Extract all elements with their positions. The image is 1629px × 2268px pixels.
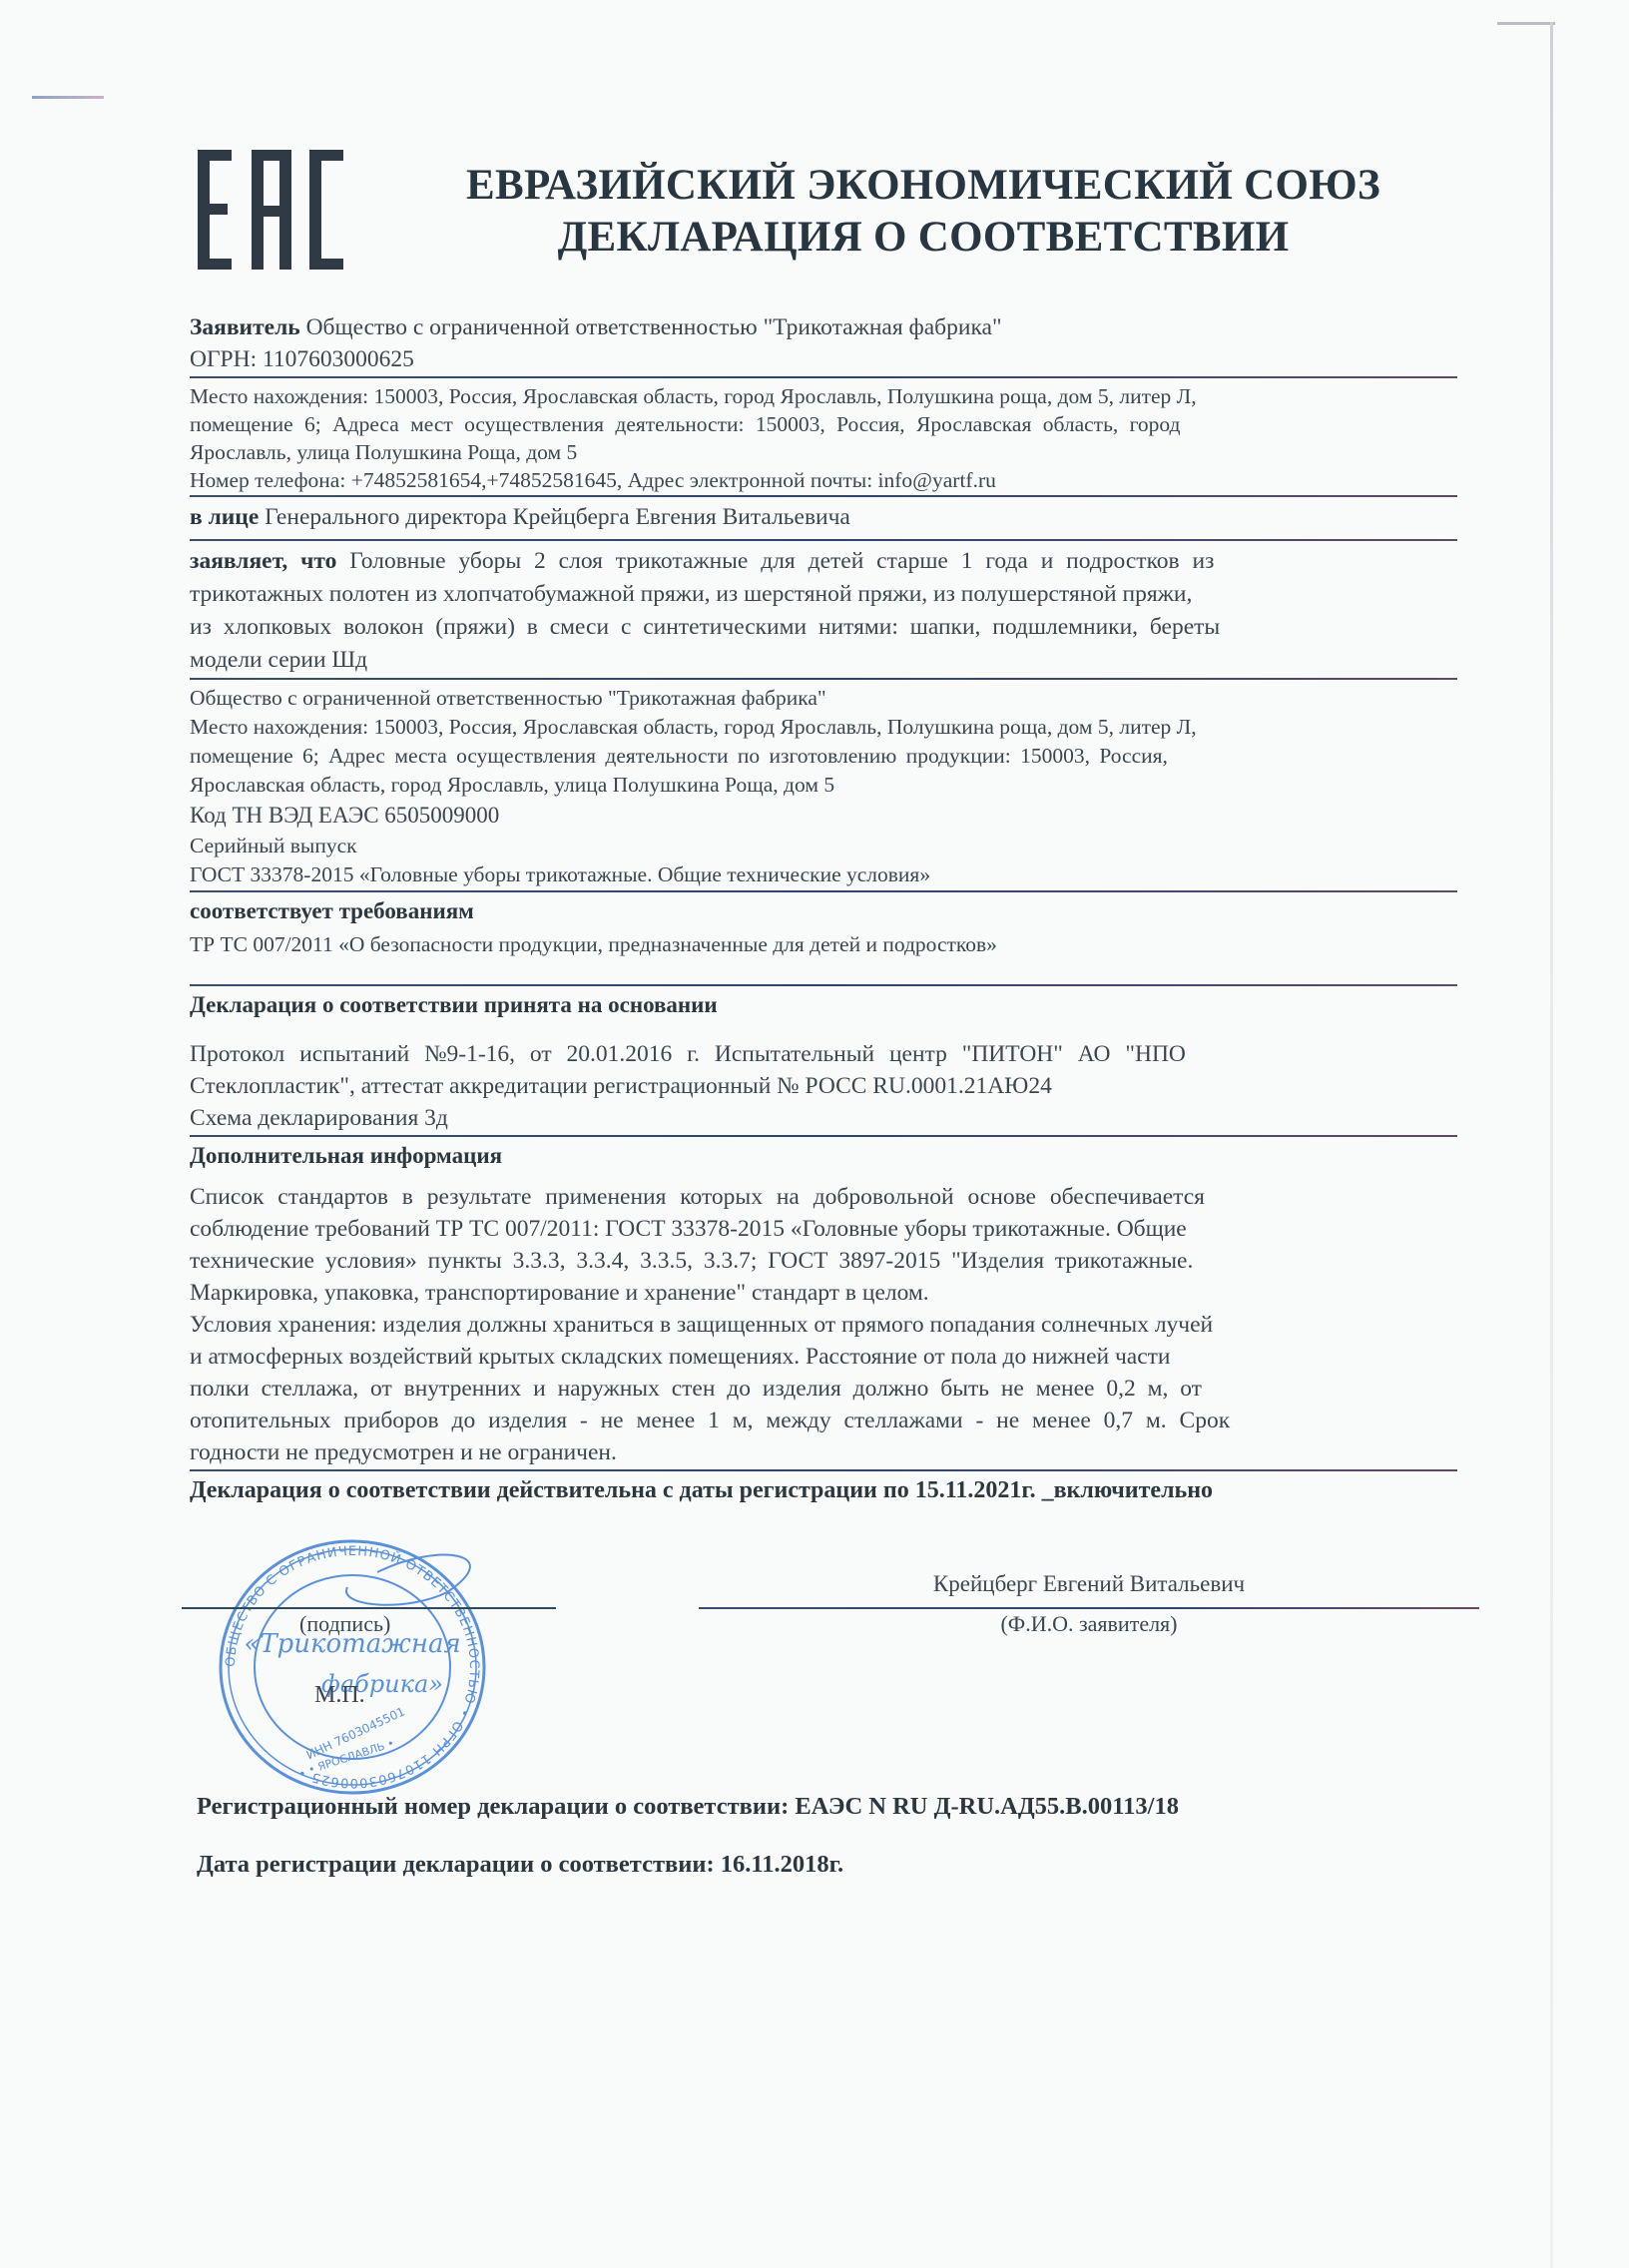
standards-line: технические условия» пункты 3.3.3, 3.3.4… [190,1245,1457,1277]
page-edge-top [1497,22,1555,25]
registration-number: Регистрационный номер декларации о соотв… [197,1793,1179,1821]
divider [190,1135,1457,1137]
applicant-label: Заявитель [190,314,300,340]
address-line: Ярославль, улица Полушкина Роща, дом 5 [190,438,1457,466]
standards-line: Маркировка, упаковка, транспортирование … [190,1277,1457,1309]
representative-text: Генерального директора Крейцберга Евгени… [265,504,850,530]
divider [190,984,1457,986]
signer-name-line [699,1607,1479,1609]
address-line: Место нахождения: 150003, Россия, Яросла… [190,382,1457,410]
production-type: Серийный выпуск [190,832,1457,860]
compliance-section: соответствует требованиям ТР ТС 007/2011… [190,896,1457,962]
page-edge [1550,22,1553,2268]
manufacturer-address-line: Ярославская область, город Ярославль, ул… [190,771,1457,800]
additional-heading: Дополнительная информация [190,1141,1457,1171]
title-declaration: ДЕКЛАРАЦИЯ О СООТВЕТСТВИИ [399,212,1447,264]
storage-line: Условия хранения: изделия должны хранить… [190,1309,1457,1341]
manufacturer-section: Общество с ограниченной ответственностью… [190,684,1457,889]
tn-ved-code: Код ТН ВЭД ЕАЭС 6505009000 [190,800,1457,832]
storage-line: отопительных приборов до изделия - не ме… [190,1405,1457,1436]
signer-name: Крейцберг Евгений Витальевич [699,1571,1479,1597]
scan-artifact-mark [32,96,104,99]
declaration-body: Заявитель Общество с ограниченной ответс… [190,311,1457,1505]
address-line: помещение 6; Адреса мест осуществления д… [190,410,1457,438]
applicant-contacts: Номер телефона: +74852581654,+7485258164… [190,466,1457,494]
standards-line: соблюдение требований ТР ТС 007/2011: ГО… [190,1213,1457,1245]
basis-section: Декларация о соответствии принята на осн… [190,990,1457,1134]
applicant-ogrn: ОГРН: 1107603000625 [190,343,1457,375]
product-line: Головные уборы 2 слоя трикотажные для де… [349,548,1214,574]
manufacturer-address-line: Место нахождения: 150003, Россия, Яросла… [190,713,1457,742]
standards-line: Список стандартов в результате применени… [190,1181,1457,1213]
product-line: трикотажных полотен из хлопчатобумажной … [190,578,1457,611]
eac-logo-icon [198,150,343,270]
representative-section: в лице Генерального директора Крейцберга… [190,501,1457,533]
storage-line: годности не предусмотрен и не ограничен. [190,1436,1457,1468]
product-line: из хлопковых волокон (пряжи) в смеси с с… [190,611,1457,644]
compliance-regulation: ТР ТС 007/2011 «О безопасности продукции… [190,926,1457,962]
manufacturer-address-line: помещение 6; Адрес места осуществления д… [190,742,1457,771]
applicant-address: Место нахождения: 150003, Россия, Яросла… [190,382,1457,494]
applicant-name: Общество с ограниченной ответственностью… [306,314,1002,340]
declares-section: заявляет, что Головные уборы 2 слоя трик… [190,545,1457,677]
divider [190,1469,1457,1471]
registration-date: Дата регистрации декларации о соответств… [197,1851,843,1879]
signature-line [182,1607,556,1609]
seal-place-label: М.П. [314,1682,365,1709]
representative-label: в лице [190,504,259,530]
signature-caption: (подпись) [299,1611,390,1637]
declares-label: заявляет, что [190,548,336,574]
compliance-heading: соответствует требованиям [190,896,1457,926]
storage-line: и атмосферных воздействий крытых складск… [190,1341,1457,1373]
divider [190,539,1457,541]
divider [190,890,1457,892]
validity-statement: Декларация о соответствии действительна … [190,1475,1457,1505]
divider [190,376,1457,378]
title-union: ЕВРАЗИЙСКИЙ ЭКОНОМИЧЕСКИЙ СОЮЗ [399,160,1447,212]
applicant-section: Заявитель Общество с ограниченной ответс… [190,311,1457,375]
manufacturer-name: Общество с ограниченной ответственностью… [190,684,1457,713]
basis-line: Протокол испытаний №9-1-16, от 20.01.201… [190,1038,1457,1070]
signer-caption: (Ф.И.О. заявителя) [699,1611,1479,1637]
basis-heading: Декларация о соответствии принята на осн… [190,990,1457,1020]
document-title: ЕВРАЗИЙСКИЙ ЭКОНОМИЧЕСКИЙ СОЮЗ ДЕКЛАРАЦИ… [399,160,1447,264]
product-line: модели серии Шд [190,644,1457,677]
additional-section: Дополнительная информация Список стандар… [190,1141,1457,1468]
declaration-scheme: Схема декларирования 3д [190,1102,1457,1134]
storage-line: полки стеллажа, от внутренних и наружных… [190,1373,1457,1405]
divider [190,495,1457,497]
company-seal-stamp: ОБЩЕСТВО С ОГРАНИЧЕННОЙ ОТВЕТСТВЕННОСТЬЮ… [208,1532,497,1802]
basis-line: Стеклопластик", аттестат аккредитации ре… [190,1070,1457,1102]
divider [190,678,1457,680]
manufacturer-standard: ГОСТ 33378-2015 «Головные уборы трикотаж… [190,860,1457,889]
